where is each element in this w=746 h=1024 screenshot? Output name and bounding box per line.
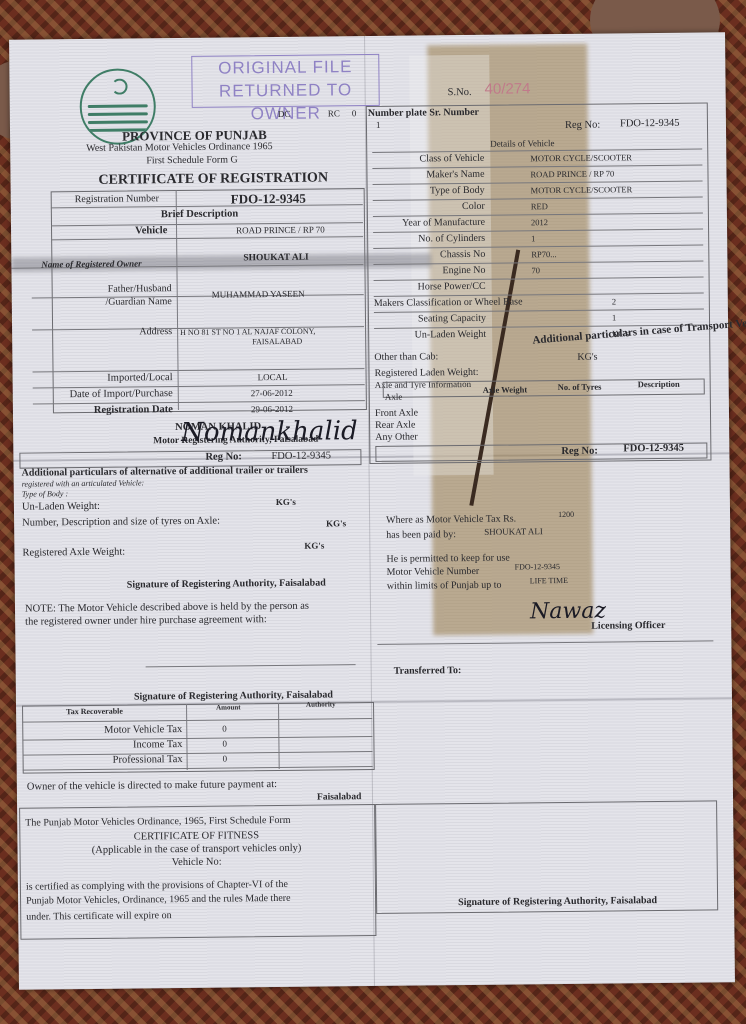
vehicle-field-label: Year of Manufacture: [373, 217, 485, 229]
signature-label: Signature of Registering Authority, Fais…: [134, 689, 333, 702]
vehicle-field-value: MOTOR CYCLE/SCOOTER: [530, 152, 632, 163]
reg-no-value: FDO-12-9345: [271, 450, 331, 462]
axle-header: No. of Tyres: [558, 382, 602, 392]
axle-row: Front Axle: [375, 408, 418, 419]
axle-header: Axle: [385, 392, 403, 402]
vehicle-field-label: Makers Classification or Wheel Base: [374, 297, 486, 309]
vehicle-field-label: Un-Laden Weight: [374, 329, 486, 341]
serial-label: S.No.: [448, 87, 472, 98]
vehicle-label: Vehicle: [135, 225, 167, 236]
registration-date-label: Registration Date: [33, 404, 173, 416]
tyres-unit: KG's: [326, 518, 346, 528]
number-plate-value: 1: [376, 120, 381, 130]
axle-row: Rear Axle: [375, 420, 415, 431]
schedule-text: First Schedule Form G: [146, 154, 238, 166]
permit-text: within limits of Punjab up to: [387, 580, 502, 592]
axle-header: Description: [638, 379, 680, 389]
vehicle-field-value: 2012: [531, 217, 548, 227]
ordinance-text: West Pakistan Motor Vehicles Ordinance 1…: [86, 141, 273, 154]
owner-label: Name of Registered Owner: [41, 258, 141, 269]
tyres-label: Number, Description and size of tyres on…: [22, 516, 220, 529]
vehicle-field-value: 2: [612, 296, 616, 306]
axle-weight-label: Registered Axle Weight:: [22, 547, 125, 559]
reg-no-label: Reg No:: [565, 120, 600, 131]
vehicle-field-value: 70: [531, 265, 540, 275]
vehicle-field-value: 1: [612, 312, 616, 322]
hire-purchase-note: the registered owner under hire purchase…: [25, 614, 267, 628]
tax-header: Authority: [306, 700, 336, 708]
number-plate-label: Number plate Sr. Number: [368, 107, 479, 119]
vehicle-field-label: Class of Vehicle: [372, 153, 484, 165]
guardian-name: MUHAMMAD YASEEN: [212, 289, 305, 300]
vehicle-field-label: Color: [373, 201, 485, 213]
transferred-to-label: Transferred To:: [394, 665, 462, 677]
vehicle-field-value: ROAD PRINCE / RP 70: [530, 168, 614, 179]
serial-number: 40/274: [485, 80, 531, 97]
registration-number: FDO-12-9345: [231, 191, 306, 208]
axle-row: Any Other: [375, 432, 418, 443]
permit-term: LIFE TIME: [530, 576, 568, 585]
purchase-date-label: Date of Import/Purchase: [33, 388, 173, 400]
vehicle-field-value: 1: [531, 233, 535, 243]
vehicle-field-label: Engine No: [373, 265, 485, 277]
vehicle-field-label: Seating Capacity: [374, 313, 486, 325]
tax-header: Amount: [216, 703, 241, 711]
trailer-subheading: registered with an articulated Vehicle:: [22, 478, 145, 488]
vehicle-field-value: RP70...: [531, 249, 556, 259]
tax-amount: 0: [222, 739, 227, 749]
tax-amount: 0: [222, 724, 227, 734]
tax-name: Motor Vehicle Tax: [26, 724, 182, 737]
licensing-officer-label: Licensing Officer: [591, 620, 665, 632]
officer-signature: Nomankhalid: [181, 416, 358, 448]
imported-label: Imported/Local: [33, 372, 173, 384]
fitness-body: under. This certificate will expire on: [26, 910, 171, 923]
tax-header: Tax Recoverable: [66, 707, 123, 717]
reg-no-label: Reg No:: [205, 451, 242, 462]
vehicle-field-label: Chassis No: [373, 249, 485, 261]
vehicle-field-value: MOTOR CYCLE/SCOOTER: [531, 184, 633, 195]
axle-header: Axle Weight: [483, 384, 528, 394]
brief-description-label: Brief Description: [161, 208, 238, 220]
guardian-label: /Guardian Name: [72, 296, 172, 308]
address-line: H NO 81 ST NO 1 AL NAJAF COLONY,: [180, 327, 315, 337]
reg-no-label: Reg No:: [561, 446, 598, 457]
tax-line: Where as Motor Vehicle Tax Rs.: [386, 513, 516, 525]
tax-name: Income Tax: [26, 739, 182, 752]
vehicle-field-value: RED: [531, 201, 548, 211]
vehicle-value: ROAD PRINCE / RP 70: [236, 224, 325, 235]
future-payment-place: Faisalabad: [317, 792, 361, 802]
purchase-date: 27-06-2012: [251, 388, 293, 398]
address-line: FAISALABAD: [252, 337, 302, 347]
original-file-stamp: ORIGINAL FILE RETURNED TO OWNER: [191, 54, 380, 108]
fitness-signature-label: Signature of Registering Authority, Fais…: [458, 895, 657, 908]
tax-amount: 1200: [558, 510, 574, 519]
registered-weight-label: Registered Laden Weight:: [375, 367, 479, 379]
details-label: Details of Vehicle: [490, 138, 554, 149]
rc-label: RC: [328, 108, 340, 118]
dc-label: DC: [278, 109, 291, 119]
paid-by-name: SHOUKAT ALI: [484, 526, 543, 537]
paid-by-label: has been paid by:: [386, 529, 456, 541]
address-label: Address: [72, 326, 172, 338]
signature-label: Signature of Registering Authority, Fais…: [127, 577, 326, 590]
vehicle-field-label: Horse Power/CC: [374, 281, 486, 293]
unladen-weight-unit: KG's: [276, 497, 296, 507]
unladen-weight-label: Un-Laden Weight:: [22, 501, 100, 513]
registration-certificate: ORIGINAL FILE RETURNED TO OWNER S.No. 40…: [9, 32, 735, 989]
registration-date: 29-06-2012: [251, 404, 293, 414]
registration-number-label: Registration Number: [75, 193, 159, 205]
hire-purchase-note: NOTE: The Motor Vehicle described above …: [25, 601, 309, 615]
vehicle-field-label: No. of Cylinders: [373, 233, 485, 245]
permit-text: Motor Vehicle Number: [387, 566, 480, 578]
permit-text: He is permitted to keep for use: [386, 553, 509, 565]
vehicle-field-label: Type of Body: [373, 185, 485, 197]
owner-name: SHOUKAT ALI: [243, 253, 308, 264]
future-payment-text: Owner of the vehicle is directed to make…: [27, 779, 277, 793]
page-title: CERTIFICATE OF REGISTRATION: [98, 170, 328, 188]
permit-number: FDO-12-9345: [515, 562, 560, 571]
reg-no-value: FDO-12-9345: [623, 443, 684, 455]
stamp-line: ORIGINAL FILE: [192, 55, 378, 80]
tax-name: Professional Tax: [27, 754, 183, 767]
trailer-heading: Additional particulars of alternative of…: [22, 465, 308, 479]
type-of-body-label: Type of Body :: [22, 489, 68, 498]
cab-weight-label: Other than Cab:: [374, 351, 438, 363]
guardian-label: Father/Husband: [72, 283, 172, 295]
reg-no-value: FDO-12-9345: [620, 118, 680, 130]
imported-value: LOCAL: [258, 372, 288, 382]
rc-value: 0: [352, 108, 357, 118]
tax-amount: 0: [223, 754, 228, 764]
vehicle-field-label: Maker's Name: [372, 169, 484, 181]
axle-weight-unit: KG's: [304, 541, 324, 551]
cab-weight-unit: KG's: [577, 352, 597, 363]
